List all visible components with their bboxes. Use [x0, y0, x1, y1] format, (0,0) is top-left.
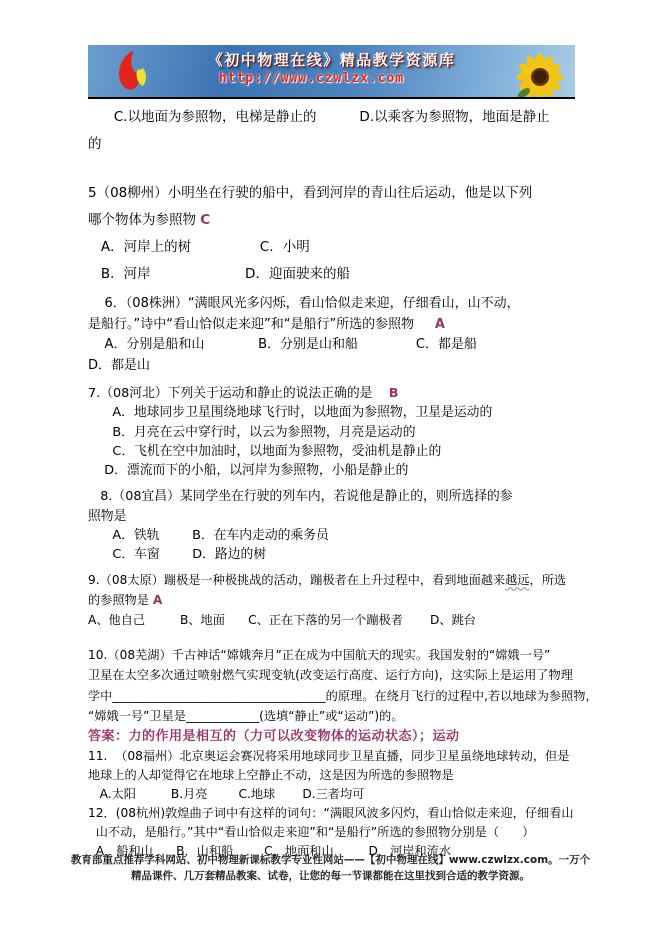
carryover-options: C.以地面为参照物，电梯是静止的 D.以乘客为参照物，地面是静止 的 [88, 104, 580, 158]
q10-stem-line2: 卫星在太空多次通过喷射燃气实现变轨(改变运行高度、运行方向)，这实际上是运用了物… [88, 665, 580, 686]
q9-wavy-text: 越远 [505, 573, 529, 587]
q6-stem-line1: 6．（08株洲）“满眼风光多闪烁，看山恰似走来迎，仔细看山，山不动， [88, 294, 580, 315]
document-content: C.以地面为参照物，电梯是静止的 D.以乘客为参照物，地面是静止 的 5（08柳… [88, 104, 580, 861]
q6-stem-line2: 是船行。”诗中“看山恰似走来迎”和“是船行”所选的参照物 A [88, 315, 580, 336]
q8-stem-line1: 8.（08宜昌）某同学坐在行驶的列车内，若说他是静止的，则所选择的参 [88, 487, 580, 506]
q9-stem-text-a: 9.（08太原）蹦极是一种极挑战的活动，蹦极者在上升过程中，看到地面越来 [88, 573, 505, 587]
option-line: B．月亮在云中穿行时，以云为参照物，月亮是运动的 [88, 423, 580, 442]
question-7: 7.（08河北）下列关于运动和静止的说法正确的是 B A．地球同步卫星围绕地球飞… [88, 384, 580, 480]
option-line: B．河岸 D．迎面驶来的船 [88, 261, 580, 288]
option-line: A．分别是船和山 B．分别是山和船 C．都是船 [88, 335, 580, 356]
q10-answer-line: 答案：力的作用是相互的（力可以改变物体的运动状态）；运动 [88, 727, 580, 748]
q9-stem-text-c: 的参照物是 [88, 593, 153, 607]
option-line: D．漂流而下的小船，以河岸为参照物，小船是静止的 [88, 461, 580, 480]
option-line: C．车窗 D．路边的树 [88, 545, 580, 564]
question-9: 9.（08太原）蹦极是一种极挑战的活动，蹦极者在上升过程中，看到地面越来越远，所… [88, 570, 580, 630]
option-line: A．铁轨 B．在车内走动的乘务员 [88, 526, 580, 545]
question-8: 8.（08宜昌）某同学坐在行驶的列车内，若说他是静止的，则所选择的参 照物是 A… [88, 487, 580, 564]
option-line: D．都是山 [88, 356, 580, 377]
q9-stem-text-b: ，所选 [530, 573, 567, 587]
page-root: { "header": { "title": "《初中物理在线》精品教学资源库"… [0, 0, 661, 935]
q6-answer-letter: A [435, 317, 445, 332]
option-line: A、他自己 B、地面 C、正在下落的另一个蹦极者 D、跳台 [88, 610, 580, 630]
option-line: A．河岸上的树 C．小明 [88, 234, 580, 261]
q7-stem-text: 7.（08河北）下列关于运动和静止的说法正确的是 [88, 386, 389, 401]
q7-stem-line1: 7.（08河北）下列关于运动和静止的说法正确的是 B [88, 384, 580, 403]
q10-blank-line1: 学中___________________________________的原理… [88, 686, 580, 707]
option-line: 的 [88, 131, 580, 158]
footer-note-line1: 教育部重点推荐学科网站、初中物理新课标教学专业性网站——【初中物理在线】www.… [30, 852, 631, 868]
question-6: 6．（08株洲）“满眼风光多闪烁，看山恰似走来迎，仔细看山，山不动， 是船行。”… [88, 294, 580, 376]
footer-note: 教育部重点推荐学科网站、初中物理新课标教学专业性网站——【初中物理在线】www.… [30, 852, 631, 884]
question-11: 11. （08福州）北京奥运会赛况将采用地球同步卫星直播，同步卫星虽绕地球转动，… [88, 747, 580, 804]
q6-stem-text: 是船行。”诗中“看山恰似走来迎”和“是船行”所选的参照物 [88, 317, 435, 332]
option-line: C.以地面为参照物，电梯是静止的 D.以乘客为参照物，地面是静止 [88, 104, 580, 131]
option-line: A.太阳 B.月亮 C.地球 D.三者均可 [88, 785, 580, 804]
q9-stem-line2: 的参照物是 A [88, 590, 580, 610]
q7-answer-letter: B [389, 386, 399, 401]
q9-stem-line1: 9.（08太原）蹦极是一种极挑战的活动，蹦极者在上升过程中，看到地面越来越远，所… [88, 570, 580, 590]
q11-stem-line1: 11. （08福州）北京奥运会赛况将采用地球同步卫星直播，同步卫星虽绕地球转动，… [88, 747, 580, 766]
q5-stem-line1: 5（08柳州）小明坐在行驶的船中，看到河岸的青山往后运动，他是以下列 [88, 180, 580, 207]
q11-stem-line2: 地球上的人却觉得它在地球上空静止不动，这是因为所选的参照物是 [88, 766, 580, 785]
q10-blank-line2: “嫦娥一号”卫星是____________(选填“静止”或“运动”)的。 [88, 706, 580, 727]
q10-stem-line1: 10.（08芜湖）千古神话“嫦娥奔月”正在成为中国航天的现实。我国发射的“嫦娥一… [88, 645, 580, 666]
sunflower-icon [511, 47, 569, 99]
q5-answer-letter: C [200, 212, 210, 228]
question-10: 10.（08芜湖）千古神话“嫦娥奔月”正在成为中国航天的现实。我国发射的“嫦娥一… [88, 645, 580, 748]
option-line: C．飞机在空中加油时，以地面为参照物，受油机是静止的 [88, 442, 580, 461]
q12-stem-line2: 山不动，是船行。”其中“看山恰似走来迎”和“是船行”所选的参照物分别是（ ） [88, 823, 580, 842]
site-title: 《初中物理在线》精品教学资源库 [148, 49, 515, 70]
footer-note-line2: 精品课件、几万套精品教案、试卷，让您的每一节课都能在这里找到合适的教学资源。 [30, 868, 631, 884]
header-banner: 《初中物理在线》精品教学资源库 http://www.czwlzx.com [88, 45, 575, 99]
option-line: A．地球同步卫星围绕地球飞行时，以地面为参照物，卫星是运动的 [88, 403, 580, 422]
question-5: 5（08柳州）小明坐在行驶的船中，看到河岸的青山往后运动，他是以下列 哪个物体为… [88, 180, 580, 288]
q5-stem-text: 哪个物体为参照物 [88, 212, 200, 228]
site-url[interactable]: http://www.czwlzx.com [128, 71, 495, 86]
q8-stem-line2: 照物是 [88, 507, 580, 526]
q9-answer-letter: A [153, 593, 162, 607]
q12-stem-line1: 12．(08杭州)敦煌曲子词中有这样的词句：“满眼风波多闪灼，看山恰似走来迎，仔… [88, 804, 580, 823]
q5-stem-line2: 哪个物体为参照物 C [88, 207, 580, 234]
